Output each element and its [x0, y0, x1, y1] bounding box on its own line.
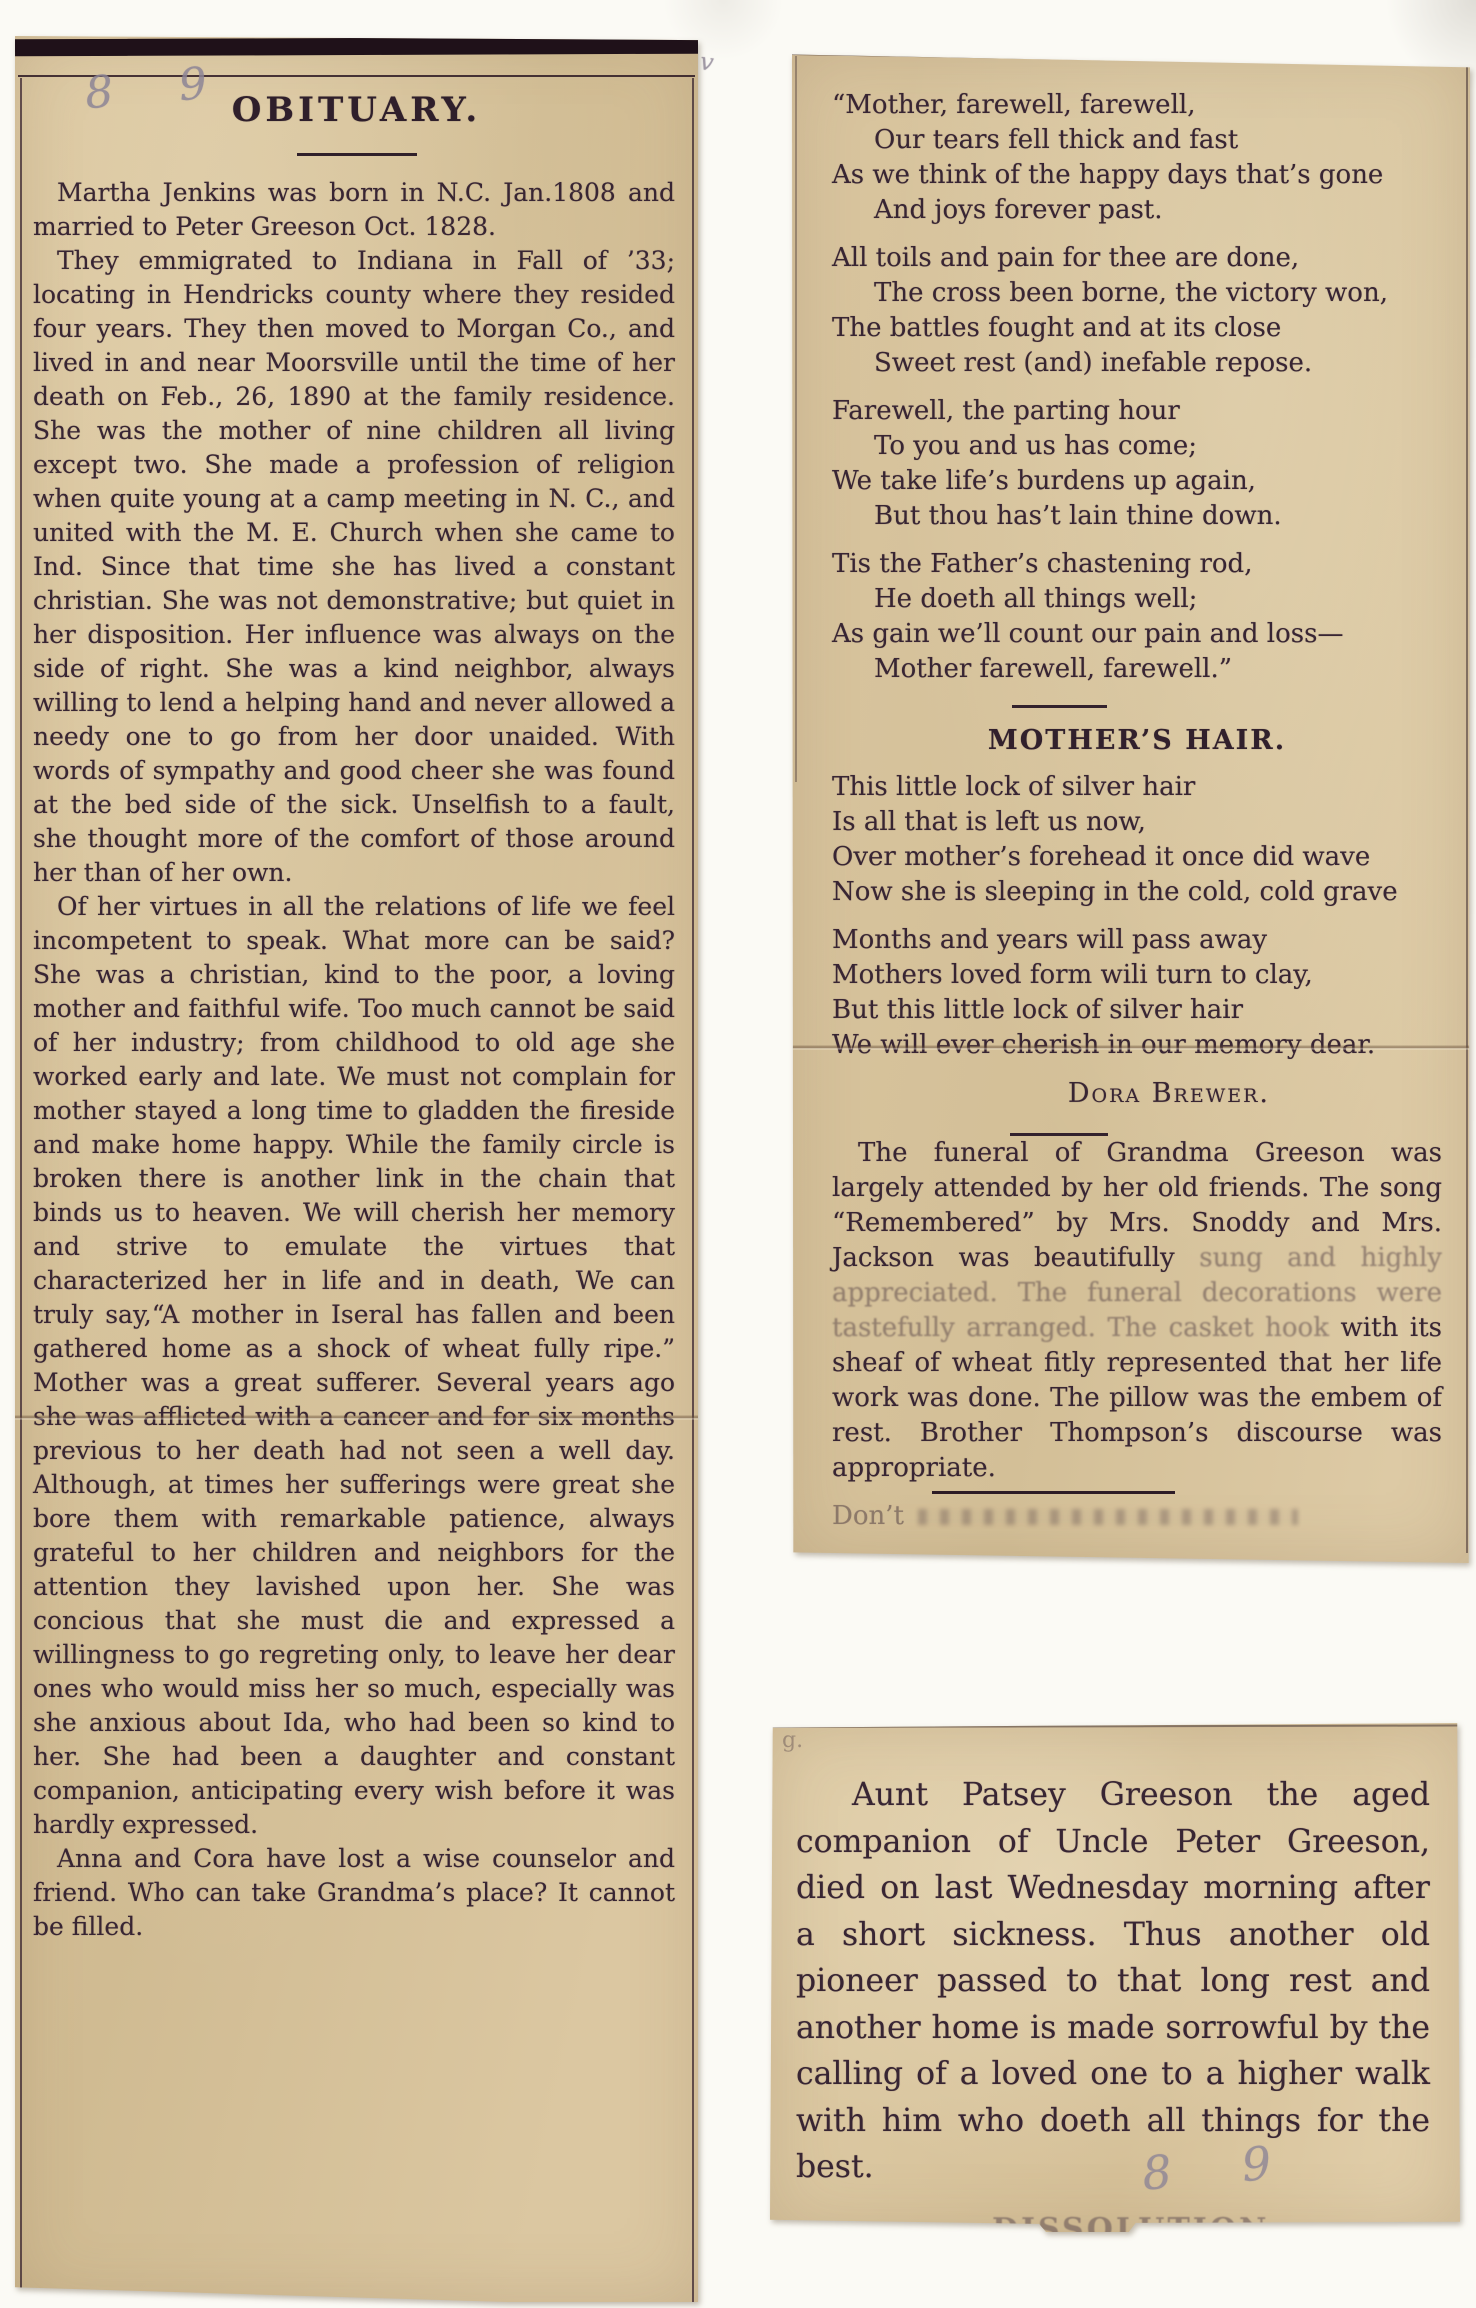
- poem-line: Farewell, the parting hour: [832, 394, 1442, 429]
- poem-line: He doeth all things well;: [832, 582, 1442, 617]
- poem-line: Mothers loved form wili turn to clay,: [832, 958, 1442, 993]
- obituary-clipping: 8 9 OBITUARY. Martha Jenkins was born in…: [15, 36, 698, 2302]
- poem-line: The battles fought and at its close: [832, 311, 1442, 346]
- poem-stanza: Tis the Father’s chastening rod, He doet…: [832, 547, 1442, 687]
- poem-stanza: Months and years will pass away Mothers …: [832, 923, 1442, 1063]
- poem-line: Is all that is left us now,: [832, 805, 1442, 840]
- poem-line: Months and years will pass away: [832, 923, 1442, 958]
- cut-edge-top: [770, 1725, 1463, 1728]
- paper-crease: [792, 1045, 1470, 1050]
- cut-edge-top: [792, 53, 1476, 66]
- funeral-paragraph: The funeral of Grandma Greeson was large…: [832, 1136, 1442, 1486]
- poem-line: And joys forever past.: [832, 193, 1442, 228]
- title-underline: [297, 153, 417, 156]
- patsey-paragraph: Aunt Patsey Greeson the aged companion o…: [796, 1772, 1430, 2191]
- obituary-clipping-shadow: 8 9 OBITUARY. Martha Jenkins was born in…: [15, 36, 698, 2302]
- poem-stanza: This little lock of silver hair Is all t…: [832, 770, 1442, 910]
- poem-line: As we think of the happy days that’s gon…: [832, 158, 1442, 193]
- cutoff-text-line: Don’t: [832, 1499, 1442, 1534]
- poem-line: All toils and pain for thee are done,: [832, 241, 1442, 276]
- poem-line: Tis the Father’s chastening rod,: [832, 547, 1442, 582]
- poem-line: The cross been borne, the victory won,: [832, 276, 1442, 311]
- poem-line: Our tears fell thick and fast: [832, 123, 1442, 158]
- poem-stanza: All toils and pain for thee are done, Th…: [832, 241, 1442, 381]
- section-divider: [932, 1491, 1175, 1494]
- poem-line: We take life’s burdens up again,: [832, 464, 1442, 499]
- poem-line: But this little lock of silver hair: [832, 993, 1442, 1028]
- poem-line: This little lock of silver hair: [832, 770, 1442, 805]
- cutoff-word: Don’t: [832, 1499, 904, 1534]
- paper-crease: [15, 1415, 698, 1420]
- column-rule-right: [692, 78, 694, 2302]
- illegible-text-smudge: [918, 1509, 1298, 1525]
- section-divider: [1012, 705, 1107, 708]
- poem-line: Over mother’s forehead it once did wave: [832, 840, 1442, 875]
- poem-line: Mother farewell, farewell.”: [832, 652, 1442, 687]
- memorial-content: “Mother, farewell, farewell, Our tears f…: [832, 88, 1442, 1534]
- poem-signature: Dora Brewer.: [832, 1076, 1442, 1111]
- obituary-body: Martha Jenkins was born in N.C. Jan.1808…: [33, 176, 675, 1944]
- patsey-clipping: g. Aunt Patsey Greeson the aged companio…: [770, 1722, 1460, 2232]
- column-rule-left: [795, 56, 797, 782]
- obituary-paragraph: Martha Jenkins was born in N.C. Jan.1808…: [33, 176, 675, 244]
- obituary-paragraph: Of her virtues in all the relations of l…: [33, 890, 675, 1842]
- print-fragment: g.: [782, 1728, 803, 1753]
- memorial-clipping: “Mother, farewell, farewell, Our tears f…: [792, 50, 1470, 1563]
- column-rule-left: [20, 78, 22, 2296]
- poem-line: Now she is sleeping in the cold, cold gr…: [832, 875, 1442, 910]
- column-rule-right: [1466, 64, 1468, 1553]
- scanned-clippings-page: v 8 9 OBITUARY. Martha Jenkins was born …: [0, 0, 1476, 2308]
- obituary-paragraph: Anna and Cora have lost a wise counselor…: [33, 1842, 675, 1944]
- poem-line: “Mother, farewell, farewell,: [832, 88, 1442, 123]
- memorial-clipping-shadow: “Mother, farewell, farewell, Our tears f…: [792, 50, 1470, 1563]
- pencil-tick-mark: v: [698, 47, 715, 77]
- dissolution-cutoff-heading: DISSOLUTION: [992, 2212, 1269, 2247]
- poem-stanza: “Mother, farewell, farewell, Our tears f…: [832, 88, 1442, 228]
- mothers-hair-title: MOTHER’S HAIR.: [832, 723, 1442, 758]
- poem-line: To you and us has come;: [832, 429, 1442, 464]
- poem-line: As gain we’ll count our pain and loss—: [832, 617, 1442, 652]
- poem-line: Sweet rest (and) inefable repose.: [832, 346, 1442, 381]
- poem-line: But thou has’t lain thine down.: [832, 499, 1442, 534]
- poem-stanza: Farewell, the parting hour To you and us…: [832, 394, 1442, 534]
- patsey-clipping-shadow: g. Aunt Patsey Greeson the aged companio…: [770, 1722, 1460, 2232]
- obituary-title: OBITUARY.: [15, 90, 698, 130]
- obituary-paragraph: They emmigrated to Indiana in Fall of ’3…: [33, 244, 675, 890]
- masthead-bar: [15, 37, 698, 57]
